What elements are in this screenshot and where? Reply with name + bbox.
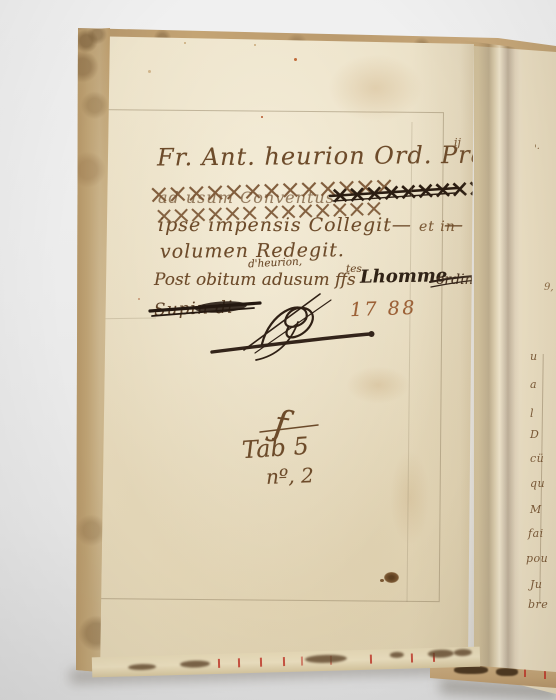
red-edge-tick [544,670,546,679]
red-edge-tick [260,658,262,667]
year-1788: 17 88 [350,297,418,321]
flyleaf-page: Fr. Ant. heurion Ord. Præd ij ad usum Co… [84,30,490,674]
facing-page-text-fragment: u [530,350,538,363]
red-edge-tick [411,653,413,662]
facing-page-text-fragment: M [530,503,542,516]
edge-smudge [428,649,454,658]
facing-page-text-fragment: bre [528,598,548,611]
facing-page-text-fragment: pou [526,552,548,565]
lhomme-name: Lhomme [360,265,448,288]
facing-page-text-fragment: fai [528,527,544,540]
red-edge-tick [370,655,372,664]
edge-smudge [128,664,156,671]
foxing-speck [254,44,256,46]
facing-page-ink-mark: 9, [544,282,554,293]
facing-page-text-fragment: a [530,378,537,391]
foxing-speck [294,58,297,61]
photograph-of-open-antique-book: '· 9, u a l D cü qu M fai pou Ju bre Fr.… [0,0,556,700]
edge-smudge [180,660,210,668]
edge-smudge [390,652,404,658]
facing-page-text-fragment: D [530,428,539,441]
facing-page-text-fragment: cü [530,452,544,465]
edge-smudge [496,668,518,676]
facing-page-text-fragment: qu [530,477,545,490]
inscription-post-obitum-line: Post obitum adusum ffs [154,270,356,290]
red-edge-tick [283,657,285,666]
numero-label: nº, 2 [266,463,315,489]
inscription-collegit-line: ipse impensis Collegit— et in [158,214,456,236]
edge-smudge [454,666,488,674]
facing-page-text-fragment: l [530,407,534,420]
facing-page-ink-mark: '· [534,144,540,155]
red-edge-tick [301,657,303,666]
red-edge-tick [238,658,240,667]
foxing-speck [148,70,151,73]
red-edge-tick [218,659,220,668]
foxing-speck [138,298,140,300]
foxing-speck [184,42,186,44]
foxing-speck [261,116,263,118]
collegit-text: ipse impensis Collegit— [158,214,412,236]
edge-smudge [454,649,472,656]
tab-label: Tab 5 [241,432,310,465]
edge-smudge [305,654,347,663]
crossed-out-supin-line: Supin di [154,298,234,321]
book-gutter-fold [460,34,520,682]
inscription-owner-line-flourish: ij [454,136,461,149]
facing-page-text-fragment: Ju [530,578,543,591]
